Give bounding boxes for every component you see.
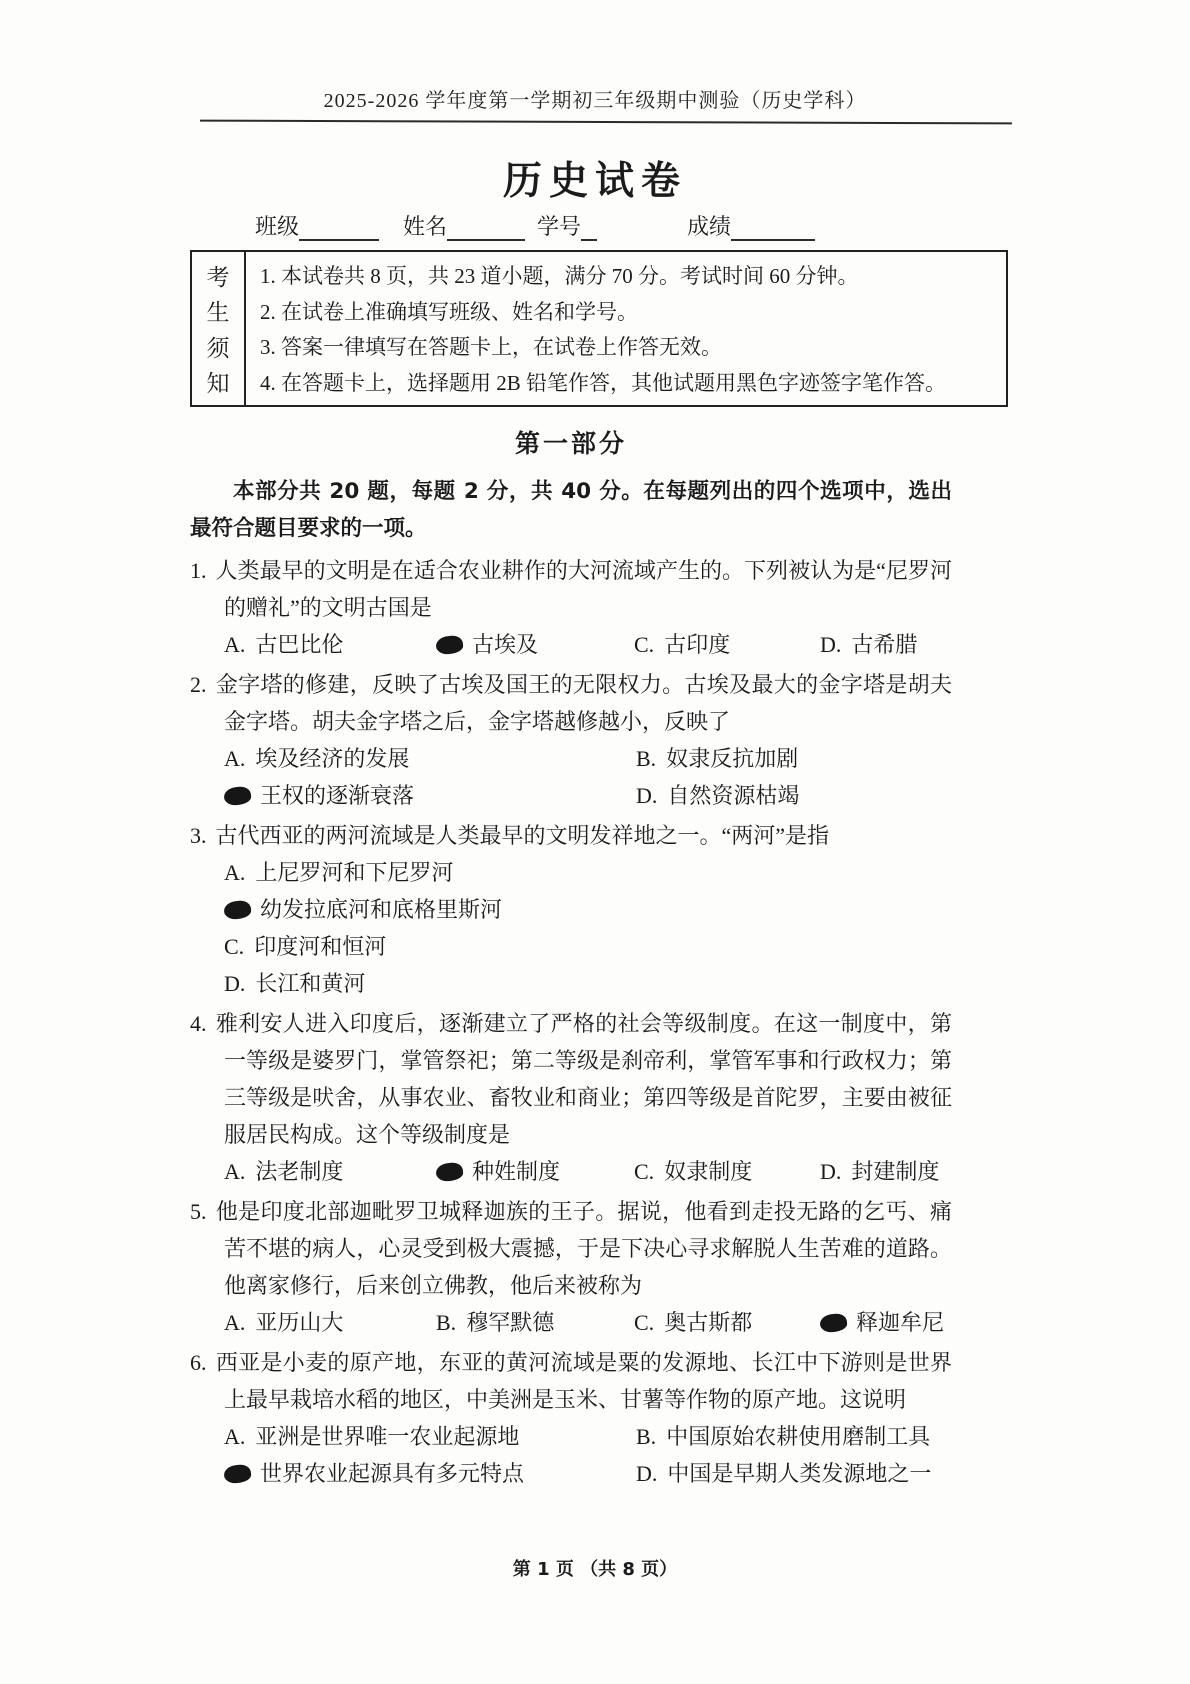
question-1: 1.人类最早的文明是在适合农业耕作的大河流域产生的。下列被认为是“尼罗河的赠礼”…: [190, 552, 952, 663]
option-b-marked: 种姓制度: [436, 1153, 634, 1190]
question-number: 6.: [190, 1350, 207, 1375]
candidate-notice-box: 考生须知 1. 本试卷共 8 页，共 23 道小题，满分 70 分。考试时间 6…: [190, 250, 1008, 407]
option-b-marked: 古埃及: [436, 626, 634, 663]
student-info-row: 班级姓名学号成绩: [255, 210, 815, 241]
option-text: 法老制度: [255, 1159, 343, 1184]
option-text: 亚历山大: [255, 1310, 343, 1335]
question-number: 2.: [190, 672, 207, 697]
question-text: 人类最早的文明是在适合农业耕作的大河流域产生的。下列被认为是“尼罗河的赠礼”的文…: [216, 558, 953, 620]
option-letter: D.: [636, 1461, 657, 1486]
student-field-3: 学号: [537, 210, 687, 241]
option-text: 种姓制度: [472, 1159, 560, 1184]
notice-side-label: 考生须知: [192, 252, 246, 405]
notice-side-char: 生: [207, 294, 230, 327]
option-text: 奥古斯都: [664, 1310, 752, 1335]
option-a: A.亚洲是世界唯一农业起源地: [224, 1418, 636, 1455]
question-stem: 3.古代西亚的两河流域是人类最早的文明发祥地之一。“两河”是指: [190, 817, 952, 854]
field-label: 学号: [537, 210, 581, 241]
option-letter: D.: [820, 1159, 841, 1184]
option-text: 自然资源枯竭: [667, 783, 799, 808]
option-d: D.长江和黄河: [224, 965, 952, 1002]
exam-page: 2025-2026 学年度第一学期初三年级期中测验（历史学科） 历史试卷 班级姓…: [0, 0, 1190, 1684]
option-text: 埃及经济的发展: [255, 746, 409, 771]
option-letter: C.: [634, 632, 654, 657]
question-number: 4.: [190, 1011, 207, 1036]
question-3: 3.古代西亚的两河流域是人类最早的文明发祥地之一。“两河”是指A.上尼罗河和下尼…: [190, 817, 952, 1002]
question-options: A.古巴比伦古埃及C.古印度D.古希腊: [190, 626, 952, 663]
answer-ink-mark-icon: [223, 786, 251, 806]
option-c: C.奴隶制度: [634, 1153, 820, 1190]
answer-ink-mark-icon: [435, 635, 463, 655]
answer-ink-mark-icon: [223, 1464, 251, 1484]
question-stem: 1.人类最早的文明是在适合农业耕作的大河流域产生的。下列被认为是“尼罗河的赠礼”…: [190, 552, 952, 626]
notice-item-2: 2. 在试卷上准确填写班级、姓名和学号。: [260, 296, 998, 326]
field-label: 成绩: [687, 210, 731, 241]
section-title: 第一部分: [190, 424, 952, 460]
option-text: 幼发拉底河和底格里斯河: [260, 897, 502, 922]
option-letter: D.: [224, 971, 245, 996]
question-text: 他是印度北部迦毗罗卫城释迦族的王子。据说，他看到走投无路的乞丐、痛苦不堪的病人，…: [216, 1199, 953, 1298]
student-field-1: 班级: [255, 210, 403, 241]
student-field-2: 姓名: [403, 210, 537, 241]
option-text: 奴隶制度: [664, 1159, 752, 1184]
field-blank-line: [299, 213, 379, 241]
question-6: 6.西亚是小麦的原产地，东亚的黄河流域是粟的发源地、长江中下游则是世界上最早栽培…: [190, 1344, 952, 1492]
option-text: 封建制度: [851, 1159, 939, 1184]
option-a: A.上尼罗河和下尼罗河: [224, 854, 952, 891]
option-text: 王权的逐渐衰落: [260, 783, 414, 808]
option-a: A.亚历山大: [224, 1304, 436, 1341]
option-d: D.古希腊: [820, 626, 952, 663]
option-letter: A.: [224, 1159, 245, 1184]
header-rule: [200, 120, 1012, 125]
question-number: 1.: [190, 558, 207, 583]
option-d: D.自然资源枯竭: [636, 777, 952, 814]
notice-side-char: 知: [207, 365, 230, 398]
notice-item-3: 3. 答案一律填写在答题卡上，在试卷上作答无效。: [260, 331, 998, 361]
option-text: 长江和黄河: [255, 971, 365, 996]
question-stem: 4.雅利安人进入印度后，逐渐建立了严格的社会等级制度。在这一制度中，第一等级是婆…: [190, 1005, 952, 1153]
option-text: 古埃及: [472, 632, 538, 657]
question-text: 金字塔的修建，反映了古埃及国王的无限权力。古埃及最大的金字塔是胡夫金字塔。胡夫金…: [216, 672, 953, 734]
question-text: 雅利安人进入印度后，逐渐建立了严格的社会等级制度。在这一制度中，第一等级是婆罗门…: [216, 1011, 953, 1147]
option-text: 上尼罗河和下尼罗河: [255, 860, 453, 885]
option-a: A.法老制度: [224, 1153, 436, 1190]
option-letter: D.: [636, 783, 657, 808]
notice-item-1: 1. 本试卷共 8 页，共 23 道小题，满分 70 分。考试时间 60 分钟。: [260, 260, 998, 290]
option-text: 奴隶反抗加剧: [666, 746, 798, 771]
field-blank-line: [447, 213, 525, 241]
option-letter: A.: [224, 1310, 245, 1335]
option-d: D.中国是早期人类发源地之一: [636, 1455, 952, 1492]
field-blank-line: [581, 213, 597, 241]
question-number: 5.: [190, 1199, 207, 1224]
option-text: 印度河和恒河: [254, 934, 386, 959]
option-c-marked: 王权的逐渐衰落: [224, 777, 636, 814]
option-letter: A.: [224, 1424, 245, 1449]
notice-item-list: 1. 本试卷共 8 页，共 23 道小题，满分 70 分。考试时间 60 分钟。…: [246, 252, 1006, 405]
question-list: 1.人类最早的文明是在适合农业耕作的大河流域产生的。下列被认为是“尼罗河的赠礼”…: [190, 552, 952, 1492]
question-stem: 5.他是印度北部迦毗罗卫城释迦族的王子。据说，他看到走投无路的乞丐、痛苦不堪的病…: [190, 1193, 952, 1304]
field-blank-line: [731, 213, 815, 241]
question-options: A.埃及经济的发展B.奴隶反抗加剧王权的逐渐衰落D.自然资源枯竭: [190, 740, 952, 814]
option-letter: A.: [224, 746, 245, 771]
question-options: A.亚洲是世界唯一农业起源地B.中国原始农耕使用磨制工具世界农业起源具有多元特点…: [190, 1418, 952, 1492]
option-b: B.奴隶反抗加剧: [636, 740, 952, 777]
option-b: B.中国原始农耕使用磨制工具: [636, 1418, 952, 1455]
question-number: 3.: [190, 823, 207, 848]
section-intro: 本部分共 20 题，每题 2 分，共 40 分。在每题列出的四个选项中，选出最符…: [190, 473, 952, 547]
option-c-marked: 世界农业起源具有多元特点: [224, 1455, 636, 1492]
question-4: 4.雅利安人进入印度后，逐渐建立了严格的社会等级制度。在这一制度中，第一等级是婆…: [190, 1005, 952, 1190]
option-text: 亚洲是世界唯一农业起源地: [255, 1424, 519, 1449]
option-letter: C.: [634, 1310, 654, 1335]
option-letter: C.: [224, 934, 244, 959]
student-field-4: 成绩: [687, 210, 815, 241]
option-d: D.封建制度: [820, 1153, 952, 1190]
question-text: 西亚是小麦的原产地，东亚的黄河流域是粟的发源地、长江中下游则是世界上最早栽培水稻…: [216, 1350, 953, 1412]
option-text: 穆罕默德: [466, 1310, 554, 1335]
page-footer: 第 1 页 （共 8 页）: [0, 1555, 1190, 1581]
option-letter: A.: [224, 860, 245, 885]
option-letter: B.: [636, 1424, 656, 1449]
exam-body: 第一部分 本部分共 20 题，每题 2 分，共 40 分。在每题列出的四个选项中…: [190, 424, 952, 1492]
answer-ink-mark-icon: [435, 1162, 463, 1182]
option-letter: C.: [634, 1159, 654, 1184]
option-b-marked: 幼发拉底河和底格里斯河: [224, 891, 952, 928]
option-a: A.古巴比伦: [224, 626, 436, 663]
question-text: 古代西亚的两河流域是人类最早的文明发祥地之一。“两河”是指: [216, 823, 830, 848]
field-label: 班级: [255, 210, 299, 241]
question-5: 5.他是印度北部迦毗罗卫城释迦族的王子。据说，他看到走投无路的乞丐、痛苦不堪的病…: [190, 1193, 952, 1341]
option-b: B.穆罕默德: [436, 1304, 634, 1341]
page-header: 2025-2026 学年度第一学期初三年级期中测验（历史学科）: [0, 84, 1190, 113]
notice-side-char: 考: [207, 259, 230, 292]
option-c: C.印度河和恒河: [224, 928, 952, 965]
option-text: 释迦牟尼: [856, 1310, 944, 1335]
question-options: A.法老制度种姓制度C.奴隶制度D.封建制度: [190, 1153, 952, 1190]
option-letter: A.: [224, 632, 245, 657]
option-letter: B.: [636, 746, 656, 771]
option-text: 古巴比伦: [255, 632, 343, 657]
option-letter: D.: [820, 632, 841, 657]
option-c: C.古印度: [634, 626, 820, 663]
field-label: 姓名: [403, 210, 447, 241]
answer-ink-mark-icon: [223, 900, 251, 920]
question-stem: 2.金字塔的修建，反映了古埃及国王的无限权力。古埃及最大的金字塔是胡夫金字塔。胡…: [190, 666, 952, 740]
question-options: A.亚历山大B.穆罕默德C.奥古斯都释迦牟尼: [190, 1304, 952, 1341]
option-text: 中国是早期人类发源地之一: [667, 1461, 931, 1486]
option-letter: B.: [436, 1310, 456, 1335]
answer-ink-mark-icon: [819, 1313, 847, 1333]
question-2: 2.金字塔的修建，反映了古埃及国王的无限权力。古埃及最大的金字塔是胡夫金字塔。胡…: [190, 666, 952, 814]
option-text: 中国原始农耕使用磨制工具: [666, 1424, 930, 1449]
option-text: 世界农业起源具有多元特点: [260, 1461, 524, 1486]
option-text: 古希腊: [851, 632, 917, 657]
option-d-marked: 释迦牟尼: [820, 1304, 952, 1341]
notice-side-char: 须: [207, 330, 230, 363]
question-stem: 6.西亚是小麦的原产地，东亚的黄河流域是粟的发源地、长江中下游则是世界上最早栽培…: [190, 1344, 952, 1418]
question-options: A.上尼罗河和下尼罗河幼发拉底河和底格里斯河C.印度河和恒河D.长江和黄河: [190, 854, 952, 1002]
exam-title: 历史试卷: [0, 150, 1190, 206]
notice-item-4: 4. 在答题卡上，选择题用 2B 铅笔作答，其他试题用黑色字迹签字笔作答。: [260, 367, 998, 397]
option-a: A.埃及经济的发展: [224, 740, 636, 777]
option-c: C.奥古斯都: [634, 1304, 820, 1341]
option-text: 古印度: [664, 632, 730, 657]
